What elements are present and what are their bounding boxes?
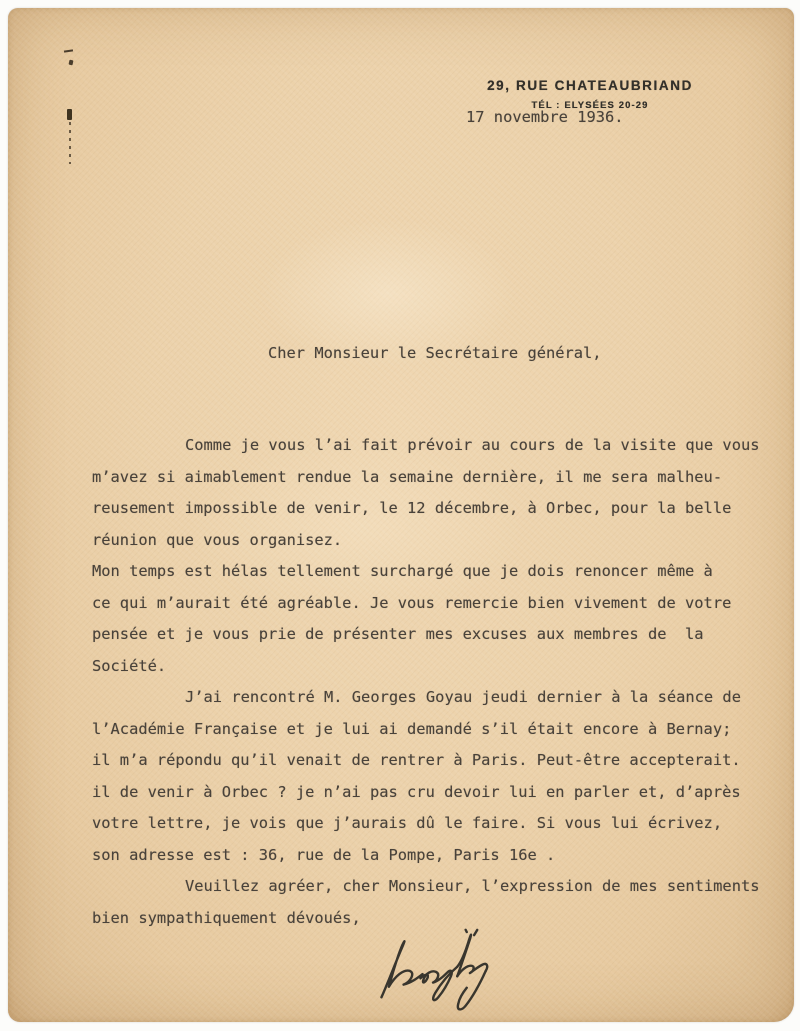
- letter-line: il m’a répondu qu’il venait de rentrer à…: [92, 745, 752, 777]
- ink-mark: [67, 109, 72, 120]
- ink-mark: [64, 49, 73, 52]
- letter-line: il de venir à Orbec ? je n’ai pas cru de…: [92, 777, 752, 809]
- letter-line: pensée et je vous prie de présenter mes …: [92, 619, 752, 651]
- letterhead: 29, RUE CHATEAUBRIAND TÉL : ELYSÉES 20-2…: [452, 78, 728, 111]
- letter-line: son adresse est : 36, rue de la Pompe, P…: [92, 840, 752, 872]
- date-line: 17 novembre 1936.: [466, 108, 624, 126]
- letter-line: Société.: [92, 651, 752, 683]
- signature-ink-icon: [352, 918, 552, 1026]
- letter-line: ce qui m’aurait été agréable. Je vous re…: [92, 588, 752, 620]
- ink-mark: [69, 60, 74, 66]
- letter-line: reusement impossible de venir, le 12 déc…: [92, 493, 752, 525]
- letter-line: m’avez si aimablement rendue la semaine …: [92, 462, 752, 494]
- letter-line: l’Académie Française et je lui ai demand…: [92, 714, 752, 746]
- letter-line: réunion que vous organisez.: [92, 525, 752, 557]
- letter-line: votre lettre, je vois que j’aurais dû le…: [92, 808, 752, 840]
- ink-mark: [69, 122, 71, 164]
- letter-line: J’ai rencontré M. Georges Goyau jeudi de…: [92, 682, 752, 714]
- salutation: Cher Monsieur le Secrétaire général,: [268, 344, 602, 362]
- letter-line: Mon temps est hélas tellement surchargé …: [92, 556, 752, 588]
- signature-broglie: [352, 918, 552, 1026]
- letterhead-address: 29, RUE CHATEAUBRIAND: [452, 78, 728, 93]
- letter-line: Comme je vous l’ai fait prévoir au cours…: [92, 430, 752, 462]
- letter-line: Veuillez agréer, cher Monsieur, l’expres…: [92, 871, 752, 903]
- letter-body: Comme je vous l’ai fait prévoir au cours…: [92, 430, 752, 934]
